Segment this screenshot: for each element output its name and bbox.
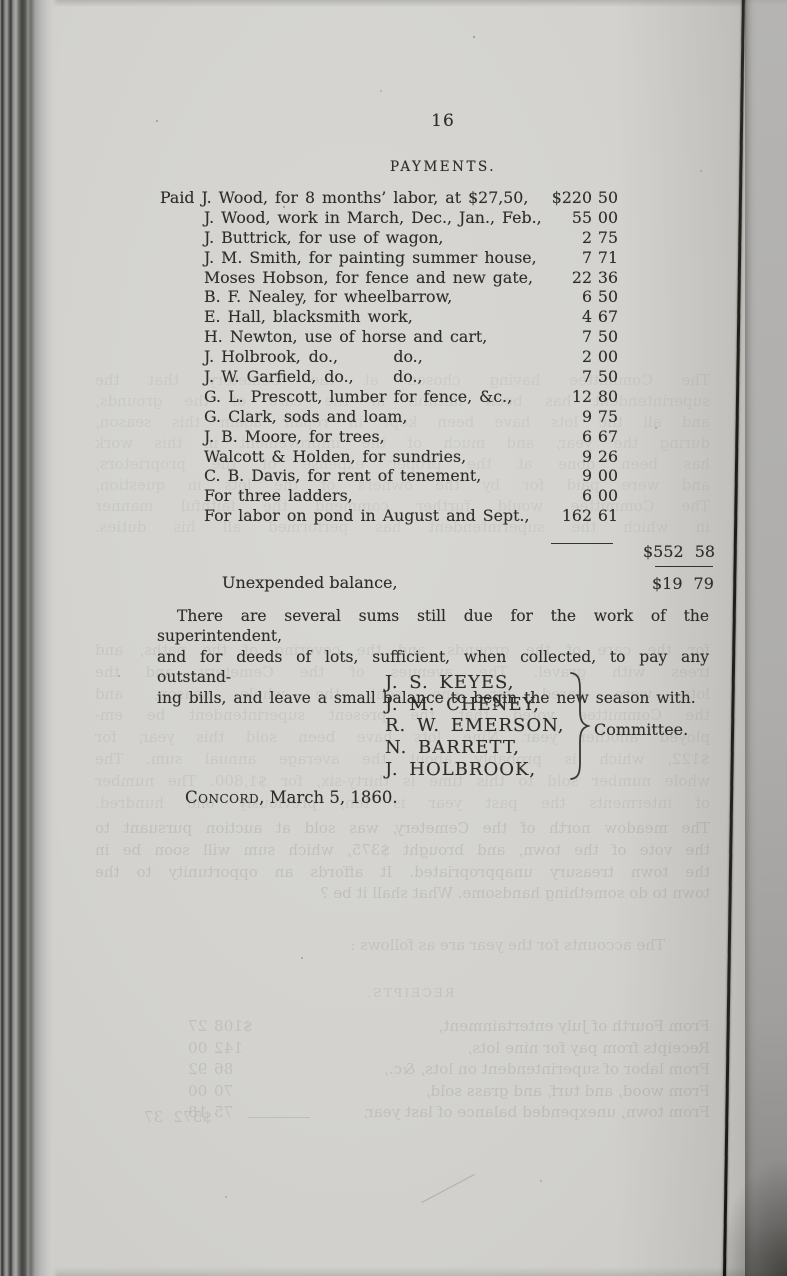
payment-cents: 67 xyxy=(592,427,618,447)
grand-total-dollars: $552 xyxy=(643,542,684,561)
payment-dollars: 162 xyxy=(542,506,592,526)
balance-amount: $1979 xyxy=(652,574,714,593)
payment-dollars: 9 xyxy=(542,407,592,427)
payment-dollars: 9 xyxy=(542,466,592,486)
payment-cents: 36 xyxy=(592,268,618,288)
payment-dollars: 2 xyxy=(542,347,592,367)
payment-label: For labor on pond in August and Sept., xyxy=(160,506,542,526)
payment-row: C. B. Davis, for rent of tenement, 9 00 xyxy=(160,466,618,486)
payment-cents: 61 xyxy=(592,506,618,526)
payment-row: B. F. Nealey, for wheelbarrow, 6 50 xyxy=(160,287,618,307)
balance-label: Unexpended balance, xyxy=(222,573,398,592)
payment-row: G. L. Prescott, lumber for fence, &c., 1… xyxy=(160,387,618,407)
payments-table: Paid J. Wood, for 8 months’ labor, at $2… xyxy=(160,188,618,526)
payment-row: Paid J. Wood, for 8 months’ labor, at $2… xyxy=(160,188,618,208)
payment-label: E. Hall, blacksmith work, xyxy=(160,307,542,327)
payment-row: E. Hall, blacksmith work, 4 67 xyxy=(160,307,618,327)
payment-label: For three ladders, xyxy=(160,486,542,506)
payment-cents: 26 xyxy=(592,447,618,467)
payment-row: J. B. Moore, for trees, 6 67 xyxy=(160,427,618,447)
dateline-place: Concord xyxy=(185,788,259,807)
payment-row: J. Wood, work in March, Dec., Jan., Feb.… xyxy=(160,208,618,228)
payment-dollars: 7 xyxy=(542,367,592,387)
payment-cents: 50 xyxy=(592,287,618,307)
payment-label: Moses Hobson, for fence and new gate, xyxy=(160,268,542,288)
balance-dollars: $19 xyxy=(652,574,683,593)
payment-dollars: 6 xyxy=(542,287,592,307)
payment-cents: 80 xyxy=(592,387,618,407)
payment-cents: 00 xyxy=(592,347,618,367)
payment-cents: 50 xyxy=(592,188,618,208)
payment-cents: 00 xyxy=(592,486,618,506)
payment-cents: 75 xyxy=(592,228,618,248)
committee-member: J. HOLBROOK, xyxy=(385,759,564,781)
payment-label: J. M. Smith, for painting summer house, xyxy=(160,248,542,268)
payment-row: For labor on pond in August and Sept., 1… xyxy=(160,506,618,526)
payment-dollars: 4 xyxy=(542,307,592,327)
page-number: 16 xyxy=(431,111,455,131)
scanned-page: The Committee having chosen at the Cemet… xyxy=(0,0,787,1276)
payment-row: J. M. Smith, for painting summer house, … xyxy=(160,248,618,268)
payment-label: G. L. Prescott, lumber for fence, &c., xyxy=(160,387,542,407)
column-sum-rule xyxy=(551,543,613,544)
grand-total-rule xyxy=(655,566,713,567)
payment-row: Walcott & Holden, for sundries, 9 26 xyxy=(160,447,618,467)
payment-label: Paid J. Wood, for 8 months’ labor, at $2… xyxy=(160,188,542,208)
grand-total: $55258 xyxy=(643,542,715,561)
payment-dollars: 7 xyxy=(542,248,592,268)
binding-edge xyxy=(0,0,58,1276)
payment-row: G. Clark, sods and loam, 9 75 xyxy=(160,407,618,427)
payment-label: J. B. Moore, for trees, xyxy=(160,427,542,447)
page-content: 16 PAYMENTS. Paid J. Wood, for 8 months’… xyxy=(0,0,787,1276)
payment-label: H. Newton, use of horse and cart, xyxy=(160,327,542,347)
payment-dollars: 2 xyxy=(542,228,592,248)
next-page-edge xyxy=(745,0,787,1276)
grand-total-cents: 58 xyxy=(695,542,715,561)
paragraph-line: There are several sums still due for the… xyxy=(157,606,709,647)
committee-member: R. W. EMERSON, xyxy=(385,715,564,737)
payment-dollars: 12 xyxy=(542,387,592,407)
committee-member: J. M. CHENEY, xyxy=(385,694,564,716)
payment-cents: 50 xyxy=(592,327,618,347)
payment-label: J. W. Garfield, do., do., xyxy=(160,367,542,387)
dateline: Concord, March 5, 1860. xyxy=(185,788,398,807)
payment-label: C. B. Davis, for rent of tenement, xyxy=(160,466,542,486)
committee-member: J. S. KEYES, xyxy=(385,672,564,694)
payment-row: J. Holbrook, do., do., 2 00 xyxy=(160,347,618,367)
payment-label: J. Holbrook, do., do., xyxy=(160,347,542,367)
payment-label: B. F. Nealey, for wheelbarrow, xyxy=(160,287,542,307)
payment-dollars: 6 xyxy=(542,427,592,447)
section-heading: PAYMENTS. xyxy=(390,159,496,175)
payment-cents: 50 xyxy=(592,367,618,387)
payment-dollars: 6 xyxy=(542,486,592,506)
payment-cents: 00 xyxy=(592,466,618,486)
payment-cents: 00 xyxy=(592,208,618,228)
brace-path xyxy=(571,673,588,779)
payment-dollars: 7 xyxy=(542,327,592,347)
payment-label: J. Buttrick, for use of wagon, xyxy=(160,228,542,248)
payment-label: Walcott & Holden, for sundries, xyxy=(160,447,542,467)
corner-shadow xyxy=(717,1156,787,1276)
payment-dollars: 55 xyxy=(542,208,592,228)
payment-dollars: 9 xyxy=(542,447,592,467)
payment-dollars: $220 xyxy=(542,188,592,208)
payment-row: For three ladders, 6 00 xyxy=(160,486,618,506)
dateline-rest: , March 5, 1860. xyxy=(259,788,397,807)
committee-label: Committee. xyxy=(594,720,688,739)
payment-row: J. W. Garfield, do., do., 7 50 xyxy=(160,367,618,387)
payment-cents: 67 xyxy=(592,307,618,327)
payment-label: G. Clark, sods and loam, xyxy=(160,407,542,427)
committee-brace-icon xyxy=(567,670,591,782)
payment-cents: 75 xyxy=(592,407,618,427)
balance-cents: 79 xyxy=(694,574,714,593)
payment-row: H. Newton, use of horse and cart, 7 50 xyxy=(160,327,618,347)
payment-cents: 71 xyxy=(592,248,618,268)
payment-label: J. Wood, work in March, Dec., Jan., Feb.… xyxy=(160,208,542,228)
payment-row: Moses Hobson, for fence and new gate, 22… xyxy=(160,268,618,288)
committee-member: N. BARRETT, xyxy=(385,737,564,759)
payment-row: J. Buttrick, for use of wagon, 2 75 xyxy=(160,228,618,248)
payment-dollars: 22 xyxy=(542,268,592,288)
committee-signatures: J. S. KEYES, J. M. CHENEY, R. W. EMERSON… xyxy=(385,672,564,781)
